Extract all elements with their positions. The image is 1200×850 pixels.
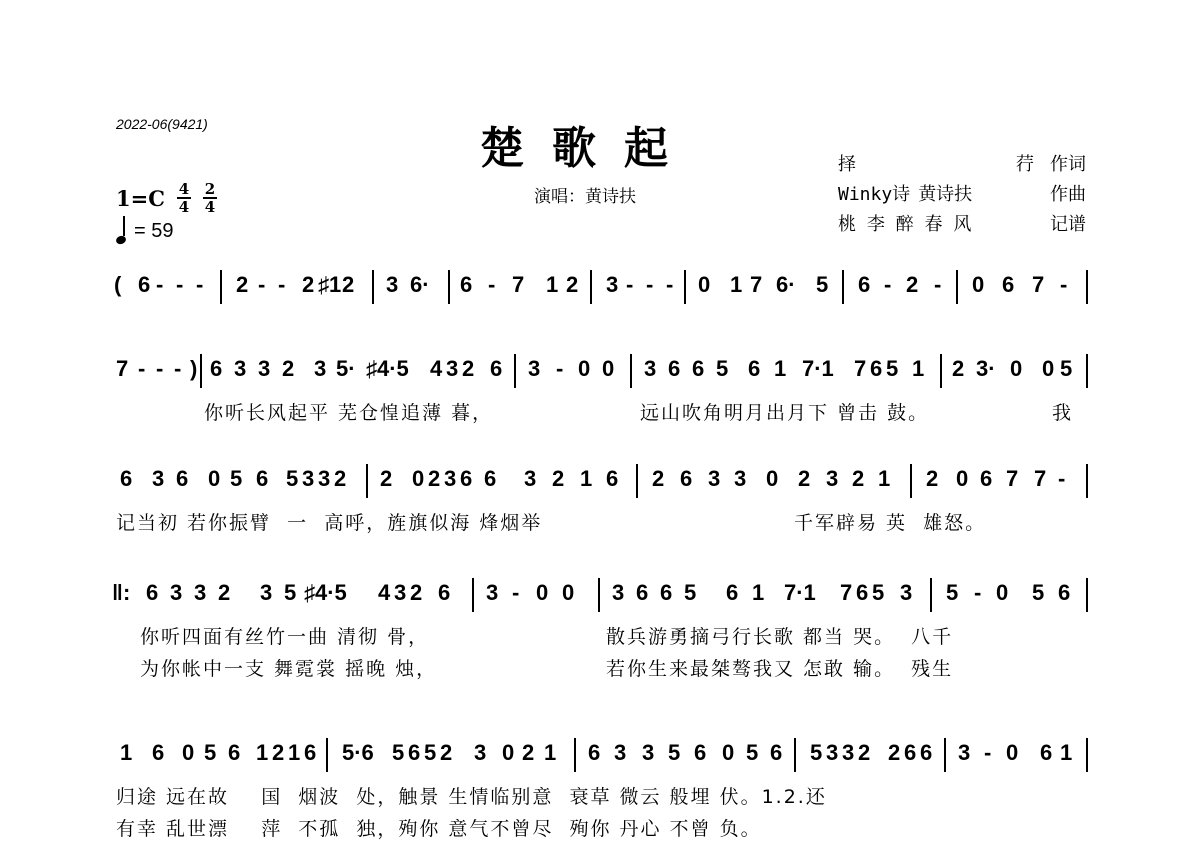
note: 2: [906, 272, 918, 298]
lyric-line-verse-2: 为你帐中一支 舞霓裳 摇晚 烛，: [140, 654, 437, 681]
note: 6: [692, 356, 704, 382]
note: 6: [228, 740, 240, 766]
note: 5: [286, 466, 298, 492]
note: 1: [256, 740, 268, 766]
credit-name-2: 黄诗扶: [918, 180, 972, 206]
note: -: [884, 272, 891, 298]
note: 0: [502, 740, 514, 766]
note: 2: [552, 466, 564, 492]
key-signature: 1=C 44 24: [116, 182, 217, 214]
note: 5: [1060, 356, 1072, 382]
credit-name-2: 荇: [1016, 150, 1034, 176]
note: 6: [606, 466, 618, 492]
note: -: [196, 272, 203, 298]
note: 1: [120, 740, 132, 766]
note: 6: [870, 356, 882, 382]
page-title: 楚歌起: [480, 112, 696, 176]
note: 6: [210, 356, 222, 382]
note: 1: [580, 466, 592, 492]
barline: [956, 270, 958, 304]
note: 3: [194, 580, 206, 606]
note: 3: [900, 580, 912, 606]
note: 6: [904, 740, 916, 766]
barline: [472, 578, 474, 612]
note: 3: [842, 740, 854, 766]
note: 3: [826, 466, 838, 492]
barline: [930, 578, 932, 612]
note: 0: [602, 356, 614, 382]
lyric-line-verse-1: 散兵游勇摘弓行长歌 都当 哭。 八千: [606, 622, 953, 649]
note: 3: [486, 580, 498, 606]
note: 6: [694, 740, 706, 766]
note: 1: [288, 740, 300, 766]
note: -: [984, 740, 991, 766]
note: 6: [138, 272, 150, 298]
note: 5: [746, 740, 758, 766]
note: 6: [304, 740, 316, 766]
note: -: [156, 272, 163, 298]
note: 3: [152, 466, 164, 492]
note: 7: [116, 356, 128, 382]
note: 6: [256, 466, 268, 492]
lyric-line-verse-1: 你听长风起平 芜仓惶追薄 暮，: [204, 398, 493, 425]
note: 6: [770, 740, 782, 766]
lyric-line-verse-2: 若你生来最桀骜我又 怎敢 输。 残生: [606, 654, 953, 681]
barline: [1086, 738, 1088, 772]
note: 2: [302, 272, 314, 298]
note: 6: [858, 272, 870, 298]
note: 2: [236, 272, 248, 298]
key-label: 1=C: [116, 186, 165, 211]
note: 3·: [976, 356, 996, 382]
barline: [574, 738, 576, 772]
note: ‖:: [112, 580, 130, 606]
note: 5: [684, 580, 696, 606]
note: 3: [260, 580, 272, 606]
note: 1: [912, 356, 924, 382]
note: 6: [438, 580, 450, 606]
note: 3: [314, 356, 326, 382]
barline: [1086, 270, 1088, 304]
note: 7: [840, 580, 852, 606]
note: 7·1: [784, 580, 816, 606]
note: 1: [1060, 740, 1072, 766]
note: -: [1058, 466, 1065, 492]
note: -: [174, 356, 181, 382]
note: 6: [146, 580, 158, 606]
lyric-line-verse-1: 记当初 若你振臂 一 高呼，旌旗似海 烽烟举: [116, 508, 542, 535]
note: 7: [512, 272, 524, 298]
note: 0: [412, 466, 424, 492]
note: 3: [386, 272, 398, 298]
barline: [366, 464, 368, 498]
note: 3: [444, 466, 456, 492]
note: 2: [798, 466, 810, 492]
note: 2: [272, 740, 284, 766]
note: -: [176, 272, 183, 298]
note: 5: [946, 580, 958, 606]
note: ♯1: [318, 272, 341, 298]
note: (: [114, 272, 121, 298]
note: 2: [888, 740, 900, 766]
note: 6: [1040, 740, 1052, 766]
note: 3: [708, 466, 720, 492]
note: 3: [258, 356, 270, 382]
note: 6: [1058, 580, 1070, 606]
note: 2: [652, 466, 664, 492]
note: 3: [234, 356, 246, 382]
note: 3: [474, 740, 486, 766]
note: ♯4·5: [304, 580, 347, 606]
note: -: [488, 272, 495, 298]
note: 0: [562, 580, 574, 606]
note: 2: [410, 580, 422, 606]
note: 7: [750, 272, 762, 298]
barline: [514, 354, 516, 388]
note: 2: [522, 740, 534, 766]
note: ♯4·5: [366, 356, 409, 382]
note: 2: [440, 740, 452, 766]
note: 3: [614, 740, 626, 766]
barline: [794, 738, 796, 772]
note: 0: [208, 466, 220, 492]
note: 6: [588, 740, 600, 766]
lyric-line-verse-2: 有幸 乱世漂 萍 不孤 独，殉你 意气不曾尽 殉你 丹心 不曾 负。: [116, 814, 762, 841]
lyric-line-verse-1: 归途 远在故 国 烟波 处，触景 生情临别意 衰草 微云 般埋 伏。1.2.还: [116, 782, 827, 809]
note: 0: [182, 740, 194, 766]
note: 7·1: [802, 356, 834, 382]
note: 6: [484, 466, 496, 492]
note: 0: [972, 272, 984, 298]
tempo-value: = 59: [134, 220, 173, 243]
note: 6: [660, 580, 672, 606]
barline: [598, 578, 600, 612]
credit-role: 作词: [1050, 150, 1086, 176]
note: -: [512, 580, 519, 606]
note: -: [1060, 272, 1067, 298]
credit-name: 择: [838, 150, 856, 176]
note: -: [278, 272, 285, 298]
note: 7: [1034, 466, 1046, 492]
note: -: [556, 356, 563, 382]
note: 5·: [336, 356, 356, 382]
note: 2: [952, 356, 964, 382]
note: 6: [152, 740, 164, 766]
note: 5: [1032, 580, 1044, 606]
credit-name: 桃 李 醉 春 风: [838, 210, 971, 236]
note: 2: [334, 466, 346, 492]
note: 3: [642, 740, 654, 766]
time-signature-4-4: 44: [177, 182, 191, 214]
date-code: 2022-06(9421): [116, 116, 208, 132]
credit-name: Winky诗: [838, 180, 910, 206]
note: 6: [668, 356, 680, 382]
note: 1: [544, 740, 556, 766]
note: 3: [612, 580, 624, 606]
note: 6: [120, 466, 132, 492]
note: 1: [878, 466, 890, 492]
note: 6: [176, 466, 188, 492]
note: 6: [748, 356, 760, 382]
note: 1: [546, 272, 558, 298]
credit-role: 记谱: [1050, 210, 1086, 236]
note: 6: [680, 466, 692, 492]
note: 5: [716, 356, 728, 382]
note: 3: [302, 466, 314, 492]
note: 3: [170, 580, 182, 606]
note: 1: [774, 356, 786, 382]
note: 7: [1006, 466, 1018, 492]
note: -: [258, 272, 265, 298]
note: 1: [730, 272, 742, 298]
note: 5: [230, 466, 242, 492]
barline: [326, 738, 328, 772]
composer-credit: Winky诗 黄诗扶 作曲: [838, 180, 1086, 206]
note: 6·: [410, 272, 430, 298]
note: 2: [428, 466, 440, 492]
note: 4: [378, 580, 390, 606]
note: 3: [734, 466, 746, 492]
note: 2: [926, 466, 938, 492]
note: 0: [698, 272, 710, 298]
note: 2: [218, 580, 230, 606]
note: 3: [644, 356, 656, 382]
note: ): [190, 356, 197, 382]
note: 3: [446, 356, 458, 382]
barline: [220, 270, 222, 304]
barline: [940, 354, 942, 388]
note: 2: [858, 740, 870, 766]
note: 7: [854, 356, 866, 382]
transcriber-credit: 桃 李 醉 春 风 记谱: [838, 210, 1086, 236]
note: 0: [1010, 356, 1022, 382]
note: 5·6: [342, 740, 374, 766]
note: 0: [578, 356, 590, 382]
barline: [372, 270, 374, 304]
note: 2: [282, 356, 294, 382]
note: -: [626, 272, 633, 298]
note: 6: [726, 580, 738, 606]
barline: [200, 354, 202, 388]
note: 5: [872, 580, 884, 606]
note: -: [646, 272, 653, 298]
note: 3: [318, 466, 330, 492]
lyricist-credit: 择 荇 作词: [838, 150, 1086, 176]
note: 0: [1006, 740, 1018, 766]
barline: [448, 270, 450, 304]
note: 5: [392, 740, 404, 766]
barline: [590, 270, 592, 304]
note: 0: [1042, 356, 1054, 382]
note: 2: [852, 466, 864, 492]
note: 3: [606, 272, 618, 298]
note: 6: [980, 466, 992, 492]
note: 2: [462, 356, 474, 382]
note: 6: [460, 466, 472, 492]
lyric-line-verse-1: 远山吹角明月出月下 曾击 鼓。: [640, 398, 929, 425]
note: 5: [810, 740, 822, 766]
note: 5: [424, 740, 436, 766]
note: 5: [886, 356, 898, 382]
tempo-marking: = 59: [116, 218, 173, 244]
barline: [1086, 464, 1088, 498]
barline: [842, 270, 844, 304]
note: 6: [636, 580, 648, 606]
note: 7: [1032, 272, 1044, 298]
singer-credit: 演唱：黄诗扶: [534, 182, 636, 207]
note: 2: [566, 272, 578, 298]
note: 6: [856, 580, 868, 606]
note: 3: [524, 466, 536, 492]
note: 6·: [776, 272, 796, 298]
credit-role: 作曲: [1050, 180, 1086, 206]
note: 5: [816, 272, 828, 298]
note: 6: [408, 740, 420, 766]
note: 4: [430, 356, 442, 382]
note: 5: [668, 740, 680, 766]
note: 3: [826, 740, 838, 766]
note: 3: [394, 580, 406, 606]
note: 2: [380, 466, 392, 492]
note: 0: [722, 740, 734, 766]
lyric-line-verse-1: 我: [1052, 398, 1073, 425]
note: 3: [528, 356, 540, 382]
note: 6: [490, 356, 502, 382]
note: 0: [956, 466, 968, 492]
note: 5: [204, 740, 216, 766]
note: 0: [996, 580, 1008, 606]
barline: [1086, 578, 1088, 612]
note: -: [974, 580, 981, 606]
note: 3: [958, 740, 970, 766]
barline: [1086, 354, 1088, 388]
time-signature-2-4: 24: [203, 182, 217, 214]
quarter-note-icon: [116, 218, 128, 244]
lyric-line-verse-1: 你听四面有丝竹一曲 清彻 骨，: [140, 622, 429, 649]
note: 0: [536, 580, 548, 606]
barline: [684, 270, 686, 304]
note: -: [138, 356, 145, 382]
barline: [636, 464, 638, 498]
barline: [910, 464, 912, 498]
note: -: [934, 272, 941, 298]
note: 5: [284, 580, 296, 606]
note: 0: [766, 466, 778, 492]
note: 6: [1002, 272, 1014, 298]
lyric-line-verse-1: 千军辟易 英 雄怒。: [794, 508, 986, 535]
note: 6: [460, 272, 472, 298]
note: 1: [752, 580, 764, 606]
note: -: [666, 272, 673, 298]
note: 2: [342, 272, 354, 298]
barline: [630, 354, 632, 388]
note: -: [156, 356, 163, 382]
barline: [944, 738, 946, 772]
note: 6: [920, 740, 932, 766]
